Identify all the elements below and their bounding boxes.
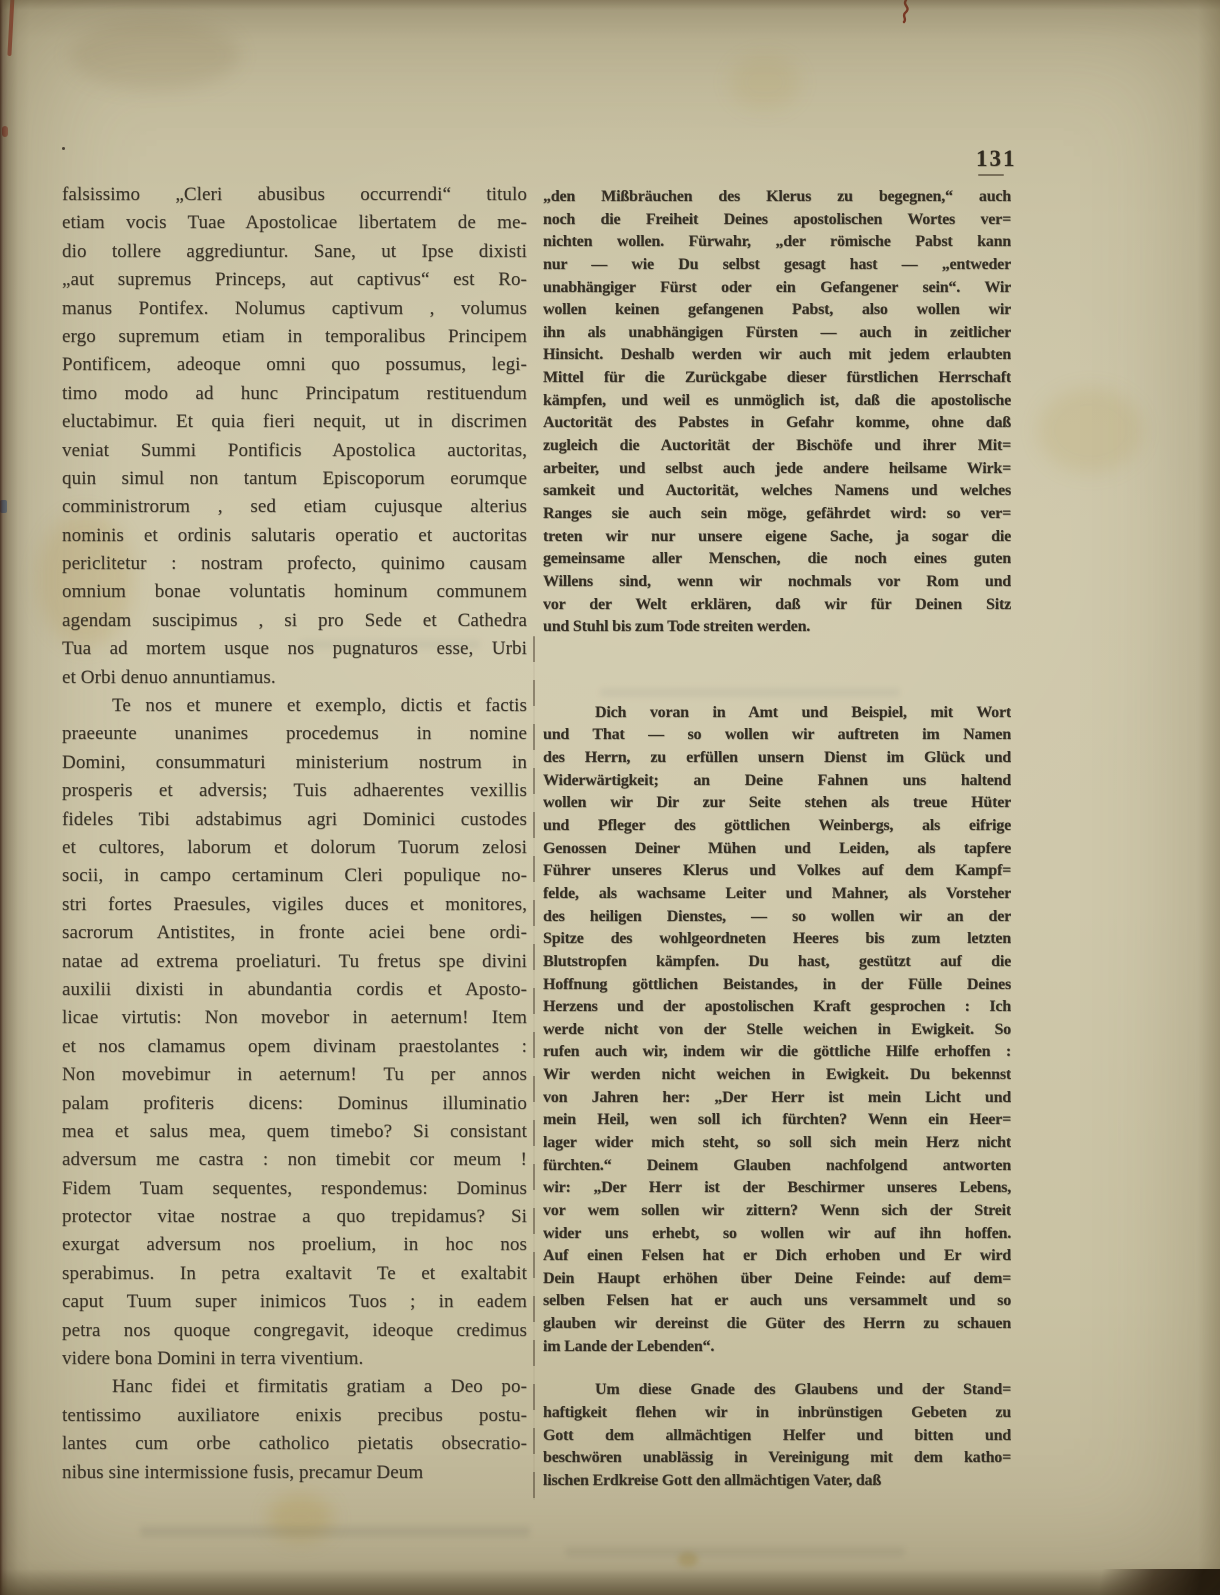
text-line: et cultores, laborum et dolorum Tuorum z… [62, 834, 527, 862]
paper-stain [70, 20, 240, 90]
text-line: prosperis et adversis; Tuis adhaerentes … [62, 777, 527, 805]
paper-stain [1038, 388, 1143, 473]
text-line: praeeunte unanimes procedemus in nomine [62, 720, 527, 748]
text-line: lager wider mich steht, so soll sich mei… [543, 1132, 1011, 1155]
text-line: Genossen Deiner Mühen und Leiden, als ta… [543, 838, 1011, 861]
german-fraktur-text-column: „den Mißbräuchen des Klerus zu begegnen,… [543, 186, 1011, 1493]
text-line: Domini, consummaturi ministerium nostrum… [62, 749, 527, 777]
text-line: Führer unseres Klerus und Volkes auf dem… [543, 860, 1011, 883]
text-line: lantes cum orbe catholico pietatis obsec… [62, 1430, 527, 1458]
text-line: kämpfen, und weil es unmöglich ist, daß … [543, 390, 1011, 413]
text-line: falsissimo „Cleri abusibus occurrendi“ t… [62, 181, 527, 209]
page-number: 131 [976, 146, 1017, 172]
text-line: und That — so wollen wir auftreten im Na… [543, 724, 1011, 747]
scanned-book-page: 131 falsissimo „Cleri abusibus occurrend… [0, 0, 1220, 1595]
ink-speck [62, 147, 65, 150]
text-line: Dich voran in Amt und Beispiel, mit Wort [543, 702, 1011, 725]
text-line: petra nos quoque congregavit, ideoque cr… [62, 1317, 527, 1345]
text-line: Fidem Tuam sequentes, respondemus: Domin… [62, 1175, 527, 1203]
text-line: gemeinsame aller Menschen, die noch eine… [543, 548, 1011, 571]
paper-stain [268, 1494, 333, 1542]
text-line: haftigkeit flehen wir in inbrünstigen Ge… [543, 1402, 1011, 1425]
text-line: palam profiteris dicens: Dominus illumin… [62, 1090, 527, 1118]
scan-right-edge-shadow [1198, 0, 1220, 1595]
text-line: lischen Erdkreise Gott den allmächtigen … [543, 1470, 1011, 1493]
paragraph: „den Mißbräuchen des Klerus zu begegnen,… [543, 186, 1011, 639]
column-divider-line [533, 636, 535, 1500]
text-line: caput Tuum super inimicos Tuos ; in eade… [62, 1288, 527, 1316]
text-line: zugleich die Auctorität der Bischöfe und… [543, 435, 1011, 458]
text-line: et nos clamamus opem divinam praestolant… [62, 1033, 527, 1061]
text-line: Spitze des wohlgeordneten Heeres bis zum… [543, 928, 1011, 951]
text-line: manus Pontifex. Nolumus captivum , volum… [62, 295, 527, 323]
text-line: Hinsicht. Deshalb werden wir auch mit je… [543, 344, 1011, 367]
paragraph: Te nos et munere et exemplo, dictis et f… [62, 692, 527, 1373]
scan-top-edge-shadow [0, 0, 1220, 10]
text-line: Mittel für die Zurückgabe dieser fürstli… [543, 367, 1011, 390]
text-line: treten wir nur unsere eigene Sache, ja s… [543, 526, 1011, 549]
text-line: noch die Freiheit Deines apostolischen W… [543, 209, 1011, 232]
text-line: mein Heil, wen soll ich fürchten? Wenn e… [543, 1109, 1011, 1132]
paragraph: Dich voran in Amt und Beispiel, mit Wort… [543, 702, 1011, 1359]
text-line: und Stuhl bis zum Tode streiten werden. [543, 616, 1011, 639]
text-line: wollen keinen gefangenen Pabst, also wol… [543, 299, 1011, 322]
text-line: dio tollere aggrediuntur. Sane, ut Ipse … [62, 238, 527, 266]
text-line: Gott dem allmächtigen Helfer und bitten … [543, 1425, 1011, 1448]
text-line: Tua ad mortem usque nos pugnaturos esse,… [62, 635, 527, 663]
show-through-text-smudge [565, 1547, 905, 1557]
paper-stain [678, 1552, 698, 1567]
text-line: Dein Haupt erhöhen über Deine Feinde: au… [543, 1268, 1011, 1291]
text-line: werde nicht von der Stelle weichen in Ew… [543, 1019, 1011, 1042]
text-line: eluctabimur. Et quia fieri nequit, ut in… [62, 408, 527, 436]
text-line: timo modo ad hunc Principatum restituend… [62, 380, 527, 408]
text-line: comministrorum , sed etiam cujusque alte… [62, 493, 527, 521]
text-line: mea et salus mea, quem timebo? Si consis… [62, 1118, 527, 1146]
text-line: vor wem sollen wir zittern? Wenn sich de… [543, 1200, 1011, 1223]
scan-bottom-edge-shadow [0, 1569, 1220, 1595]
scan-corner-shadow [1050, 1569, 1220, 1595]
text-line: des heiligen Dienstes, — so wollen wir a… [543, 906, 1011, 929]
text-line: veniat Summi Pontificis Apostolica aucto… [62, 437, 527, 465]
text-line: „aut supremus Princeps, aut captivus“ es… [62, 266, 527, 294]
text-line: etiam vocis Tuae Apostolicae libertatem … [62, 209, 527, 237]
text-line: glauben wir dereinst die Güter des Herrn… [543, 1313, 1011, 1336]
text-line: nichten wollen. Fürwahr, „der römische P… [543, 231, 1011, 254]
page-number-underline [978, 174, 1004, 176]
text-line: adversum me castra : non timebit cor meu… [62, 1146, 527, 1174]
text-line: periclitetur : nostram profecto, quinimo… [62, 550, 527, 578]
text-line: protector vitae nostrae a quo trepidamus… [62, 1203, 527, 1231]
text-line: nibus sine intermissione fusis, precamur… [62, 1459, 527, 1487]
text-line: Pontificem, adeoque omni quo possumus, l… [62, 351, 527, 379]
text-line: Auf einen Felsen hat er Dich erhoben und… [543, 1245, 1011, 1268]
text-line: Ranges sie auch sein möge, gefährdet wir… [543, 503, 1011, 526]
text-line: ergo supremum etiam in temporalibus Prin… [62, 323, 527, 351]
text-line: exurgat adversum nos proelium, in hoc no… [62, 1231, 527, 1259]
paragraph: falsissimo „Cleri abusibus occurrendi“ t… [62, 181, 527, 692]
text-line: sacrorum Antistites, in fronte aciei ben… [62, 919, 527, 947]
text-line: omnium bonae voluntatis hominum communem [62, 578, 527, 606]
scan-left-edge-shadow [0, 0, 30, 1595]
text-line: auxilii dixisti in abundantia cordis et … [62, 976, 527, 1004]
text-line: samkeit und Auctorität, welches Namens u… [543, 480, 1011, 503]
text-line: wider uns erhebt, so wollen wir auf ihn … [543, 1223, 1011, 1246]
latin-text-column: falsissimo „Cleri abusibus occurrendi“ t… [62, 181, 527, 1487]
text-line: natae ad extrema proeliaturi. Tu fretus … [62, 948, 527, 976]
text-line: Herzens und der apostolischen Kraft gesp… [543, 996, 1011, 1019]
text-line: felde, als wachsame Leiter und Mahner, a… [543, 883, 1011, 906]
text-line: selben Felsen hat er auch uns versammelt… [543, 1290, 1011, 1313]
text-line: vor der Welt erklären, daß wir für Deine… [543, 594, 1011, 617]
text-line: fürchten.“ Deinem Glauben nachfolgend an… [543, 1155, 1011, 1178]
text-line: Hanc fidei et firmitatis gratiam a Deo p… [62, 1373, 527, 1401]
show-through-text-smudge [140, 1526, 530, 1537]
text-line: stri fortes Praesules, vigiles duces et … [62, 891, 527, 919]
text-line: wir: „Der Herr ist der Beschirmer unsere… [543, 1177, 1011, 1200]
text-line: socii, in campo certaminum Cleri populiq… [62, 862, 527, 890]
text-line: Blutstropfen kämpfen. Du hast, gestützt … [543, 951, 1011, 974]
paper-stain [730, 55, 800, 110]
text-line: tentissimo auxiliatore enixis precibus p… [62, 1402, 527, 1430]
text-line: Willens sind, wenn wir nochmals vor Rom … [543, 571, 1011, 594]
text-line: arbeiter, und selbst auch jede andere he… [543, 458, 1011, 481]
text-line: „den Mißbräuchen des Klerus zu begegnen,… [543, 186, 1011, 209]
text-line: Te nos et munere et exemplo, dictis et f… [62, 692, 527, 720]
text-line: Auctorität des Pabstes in Gefahr komme, … [543, 412, 1011, 435]
text-line: von Jahren her: „Der Herr ist mein Licht… [543, 1087, 1011, 1110]
text-line: Um diese Gnade des Glaubens und der Stan… [543, 1379, 1011, 1402]
text-line: Hoffnung göttlichen Beistandes, in der F… [543, 974, 1011, 997]
text-line: beschwören unablässig in Vereinigung mit… [543, 1447, 1011, 1470]
text-line: Non movebimur in aeternum! Tu per annos [62, 1061, 527, 1089]
text-line: Wir werden nicht weichen in Ewigkeit. Du… [543, 1064, 1011, 1087]
text-line: et Orbi denuo annuntiamus. [62, 664, 527, 692]
text-line: ihn als unabhängigen Fürsten — auch in z… [543, 322, 1011, 345]
text-line: des Herrn, zu erfüllen unsern Dienst im … [543, 747, 1011, 770]
text-line: quin simul non tantum Episcoporum eorumq… [62, 465, 527, 493]
paragraph: Um diese Gnade des Glaubens und der Stan… [543, 1379, 1011, 1492]
text-line: Widerwärtigkeit; an Deine Fahnen uns hal… [543, 770, 1011, 793]
text-line: sperabimus. In petra exaltavit Te et exa… [62, 1260, 527, 1288]
text-line: licae virtutis: Non movebor in aeternum!… [62, 1004, 527, 1032]
text-line: agendam suscipimus , si pro Sede et Cath… [62, 607, 527, 635]
text-line: wollen wir Dir zur Seite stehen als treu… [543, 792, 1011, 815]
text-line: nominis et ordinis salutaris operatio et… [62, 522, 527, 550]
text-line: und Pfleger des göttlichen Weinbergs, al… [543, 815, 1011, 838]
text-line: nur — wie Du selbst gesagt hast — „entwe… [543, 254, 1011, 277]
text-line: fideles Tibi adstabimus agri Dominici cu… [62, 806, 527, 834]
text-line: unabhängiger Fürst oder ein Gefangener s… [543, 277, 1011, 300]
text-line: im Lande der Lebenden“. [543, 1336, 1011, 1359]
text-line: rufen auch wir, indem wir die göttliche … [543, 1041, 1011, 1064]
paragraph: Hanc fidei et firmitatis gratiam a Deo p… [62, 1373, 527, 1487]
text-line: videre bona Domini in terra viventium. [62, 1345, 527, 1373]
